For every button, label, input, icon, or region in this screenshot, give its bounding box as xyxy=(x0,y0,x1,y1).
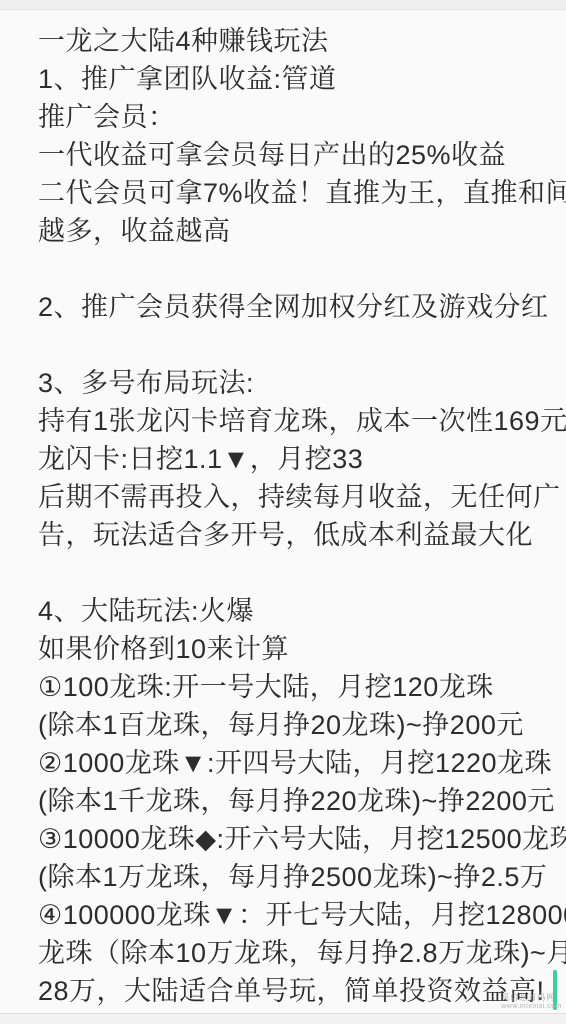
text-line: (除本1万龙珠，每月挣2500龙珠)~挣2.5万 xyxy=(38,858,546,896)
text-line: 持有1张龙闪卡培育龙珠，成本一次性169元 xyxy=(38,402,546,440)
text-line: 二代会员可拿7%收益！直推为王，直推和间推 xyxy=(38,174,546,212)
text-line: 1、推广拿团队收益:管道 xyxy=(38,60,546,98)
text-line: 越多，收益越高 xyxy=(38,212,546,250)
text-line: 3、多号布局玩法: xyxy=(38,364,546,402)
paragraph-gap xyxy=(38,554,546,592)
paragraph-gap xyxy=(38,250,546,288)
text-line: 龙珠（除本10万龙珠，每月挣2.8万龙珠)~月挣 xyxy=(38,934,546,972)
text-line: ④100000龙珠▼：开七号大陆，月挖128000 xyxy=(38,896,546,934)
text-line: 龙闪卡:日挖1.1▼，月挖33 xyxy=(38,440,546,478)
watermark-site-name: 觅信息首码网 xyxy=(501,993,562,1003)
text-line: ②1000龙珠▼:开四号大陆，月挖1220龙珠 xyxy=(38,744,546,782)
text-line: 后期不需再投入，持续每月收益，无任何广 xyxy=(38,478,546,516)
text-line: 28万，大陆适合单号玩，简单投资效益高! xyxy=(38,972,546,1013)
text-line: ①100龙珠:开一号大陆，月挖120龙珠 xyxy=(38,668,546,706)
text-line: ③10000龙珠◆:开六号大陆，月挖12500龙珠 xyxy=(38,820,546,858)
text-line: 一代收益可拿会员每日产出的25%收益 xyxy=(38,136,546,174)
text-line: 2、推广会员获得全网加权分红及游戏分红 xyxy=(38,288,546,326)
text-line: (除本1百龙珠，每月挣20龙珠)~挣200元 xyxy=(38,706,546,744)
text-line: 如果价格到10来计算 xyxy=(38,630,546,668)
text-line: 4、大陆玩法:火爆 xyxy=(38,592,546,630)
text-line: 推广会员： xyxy=(38,98,546,136)
screenshot-page: 一龙之大陆4种赚钱玩法1、推广拿团队收益:管道推广会员：一代收益可拿会员每日产出… xyxy=(0,0,566,1024)
watermark: 觅信息首码网 www.mixinxi.com xyxy=(501,993,562,1012)
text-line: 一龙之大陆4种赚钱玩法 xyxy=(38,22,546,60)
text-editor-area[interactable]: 一龙之大陆4种赚钱玩法1、推广拿团队收益:管道推广会员：一代收益可拿会员每日产出… xyxy=(0,0,566,1024)
bottom-edge-bar xyxy=(0,1013,566,1024)
text-line: 告，玩法适合多开号，低成本利益最大化 xyxy=(38,516,546,554)
text-line: (除本1千龙珠，每月挣220龙珠)~挣2200元 xyxy=(38,782,546,820)
watermark-site-url: www.mixinxi.com xyxy=(501,1003,562,1012)
paragraph-gap xyxy=(38,326,546,364)
